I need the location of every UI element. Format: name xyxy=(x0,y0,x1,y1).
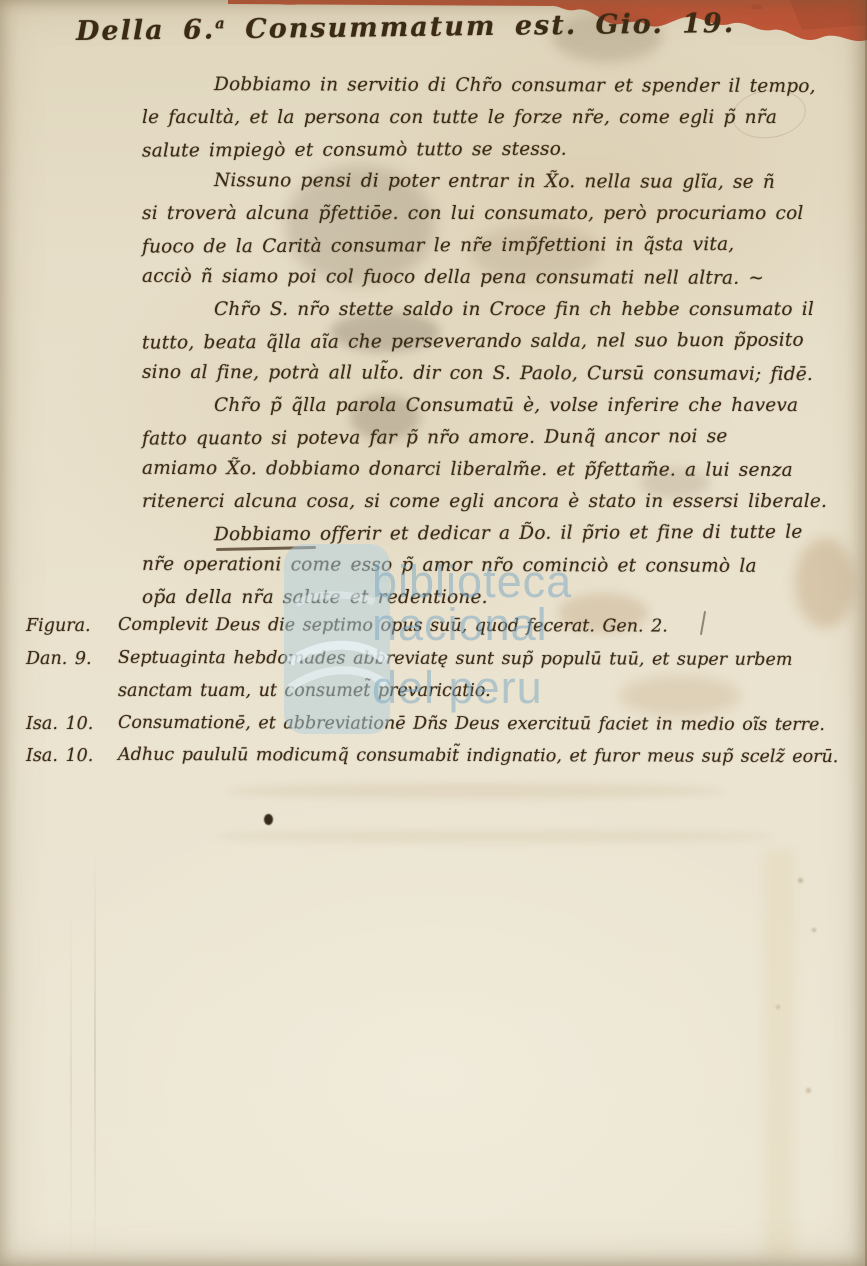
page-title: Della 6.a Consummatum est. Gio. 19. xyxy=(76,8,735,47)
manuscript-line: Chr̃o p̃ q̃lla parola Consumatū è, volse… xyxy=(142,390,844,422)
citation-row: Isa. 10.Adhuc paululū modicumq̃ consumab… xyxy=(26,740,854,773)
crease-line xyxy=(94,840,96,1266)
manuscript-line: acciò ñ siamo poi col fuoco della pena … xyxy=(142,261,844,295)
manuscript-line: fuoco de la Carità consumar le nr̃e imp̃… xyxy=(142,228,844,263)
manuscript-page: Della 6.a Consummatum est. Gio. 19. Dobb… xyxy=(0,0,867,1266)
manuscript-line: ritenerci alcuna cosa, si come egli anco… xyxy=(142,486,844,518)
citation-row: Figura.Complevit Deus die septimo opus s… xyxy=(26,610,854,643)
citation-text: Adhuc paululū modicumq̃ consumabit̃ indi… xyxy=(118,740,854,773)
manuscript-line: fatto quanto si poteva far p̃ nr̃o amore… xyxy=(142,420,844,455)
citation-line: sanctam tuam, ut consumet̃ prevaricatio. xyxy=(118,675,854,708)
citations-block: Figura.Complevit Deus die septimo opus s… xyxy=(26,610,854,773)
citation-line: Complevit Deus die septimo opus suū, quo… xyxy=(118,609,854,644)
manuscript-line: amiamo X̃o. dobbiamo donarci liberalm̃e.… xyxy=(142,453,844,487)
citation-line: Septuaginta hebdomades abbreviatę sunt s… xyxy=(118,641,854,676)
citation-line: Consumationē, et abbreviationē Dñs Deus … xyxy=(118,706,854,741)
citation-row: Isa. 10.Consumationē, et abbreviationē D… xyxy=(26,708,854,741)
citation-row: Dan. 9.Septuaginta hebdomades abbreviatę… xyxy=(26,643,854,708)
manuscript-line: Dobbiamo offerir et dedicar a D̃o. il p̃… xyxy=(142,516,844,551)
foxing-dot xyxy=(776,1005,780,1009)
manuscript-line: salute impiegò et consumò tutto se stess… xyxy=(142,132,844,167)
manuscript-line: sino al fine, potrà all ult̃o. dir con S… xyxy=(142,357,844,391)
manuscript-line: nr̃e operationi come esso p̃ amor nr̃o c… xyxy=(142,549,844,583)
manuscript-body: Dobbiamo in servitio di Chr̃o consumar e… xyxy=(142,70,844,614)
manuscript-line: le facultà, et la persona con tutte le f… xyxy=(142,102,844,134)
stain xyxy=(215,830,775,843)
foxing-dot xyxy=(798,878,803,883)
citation-text: Complevit Deus die septimo opus suū, quo… xyxy=(118,610,854,643)
citation-label: Isa. 10. xyxy=(26,740,118,773)
citation-label: Figura. xyxy=(26,610,118,643)
crease-band xyxy=(764,850,794,1260)
ink-spot xyxy=(264,814,273,825)
title-text: Della 6. xyxy=(76,14,216,47)
citation-text: Consumationē, et abbreviationē Dñs Deus … xyxy=(118,708,854,741)
citation-text: Septuaginta hebdomades abbreviatę sunt s… xyxy=(118,643,854,708)
citation-label: Dan. 9. xyxy=(26,643,118,708)
stain xyxy=(225,783,725,799)
title-superscript: a xyxy=(215,14,227,32)
manuscript-line: si troverà alcuna p̃fettiōe. con lui con… xyxy=(142,198,844,230)
title-text-rest: Consummatum est. Gio. 19. xyxy=(227,8,736,45)
citation-line: Adhuc paululū modicumq̃ consumabit̃ indi… xyxy=(118,739,854,774)
manuscript-line: Dobbiamo in servitio di Chr̃o consumar e… xyxy=(142,69,844,103)
manuscript-line: Nissuno pensi di poter entrar in X̃o. ne… xyxy=(142,165,844,199)
manuscript-line: Chr̃o S. nr̃o stette saldo in Croce fin … xyxy=(142,294,844,326)
manuscript-line: tutto, beata q̃lla aĩa che perseverando … xyxy=(142,324,844,359)
crease-line xyxy=(70,900,72,1266)
citation-label: Isa. 10. xyxy=(26,708,118,741)
foxing-dot xyxy=(806,1088,811,1093)
foxing-dot xyxy=(812,928,816,932)
